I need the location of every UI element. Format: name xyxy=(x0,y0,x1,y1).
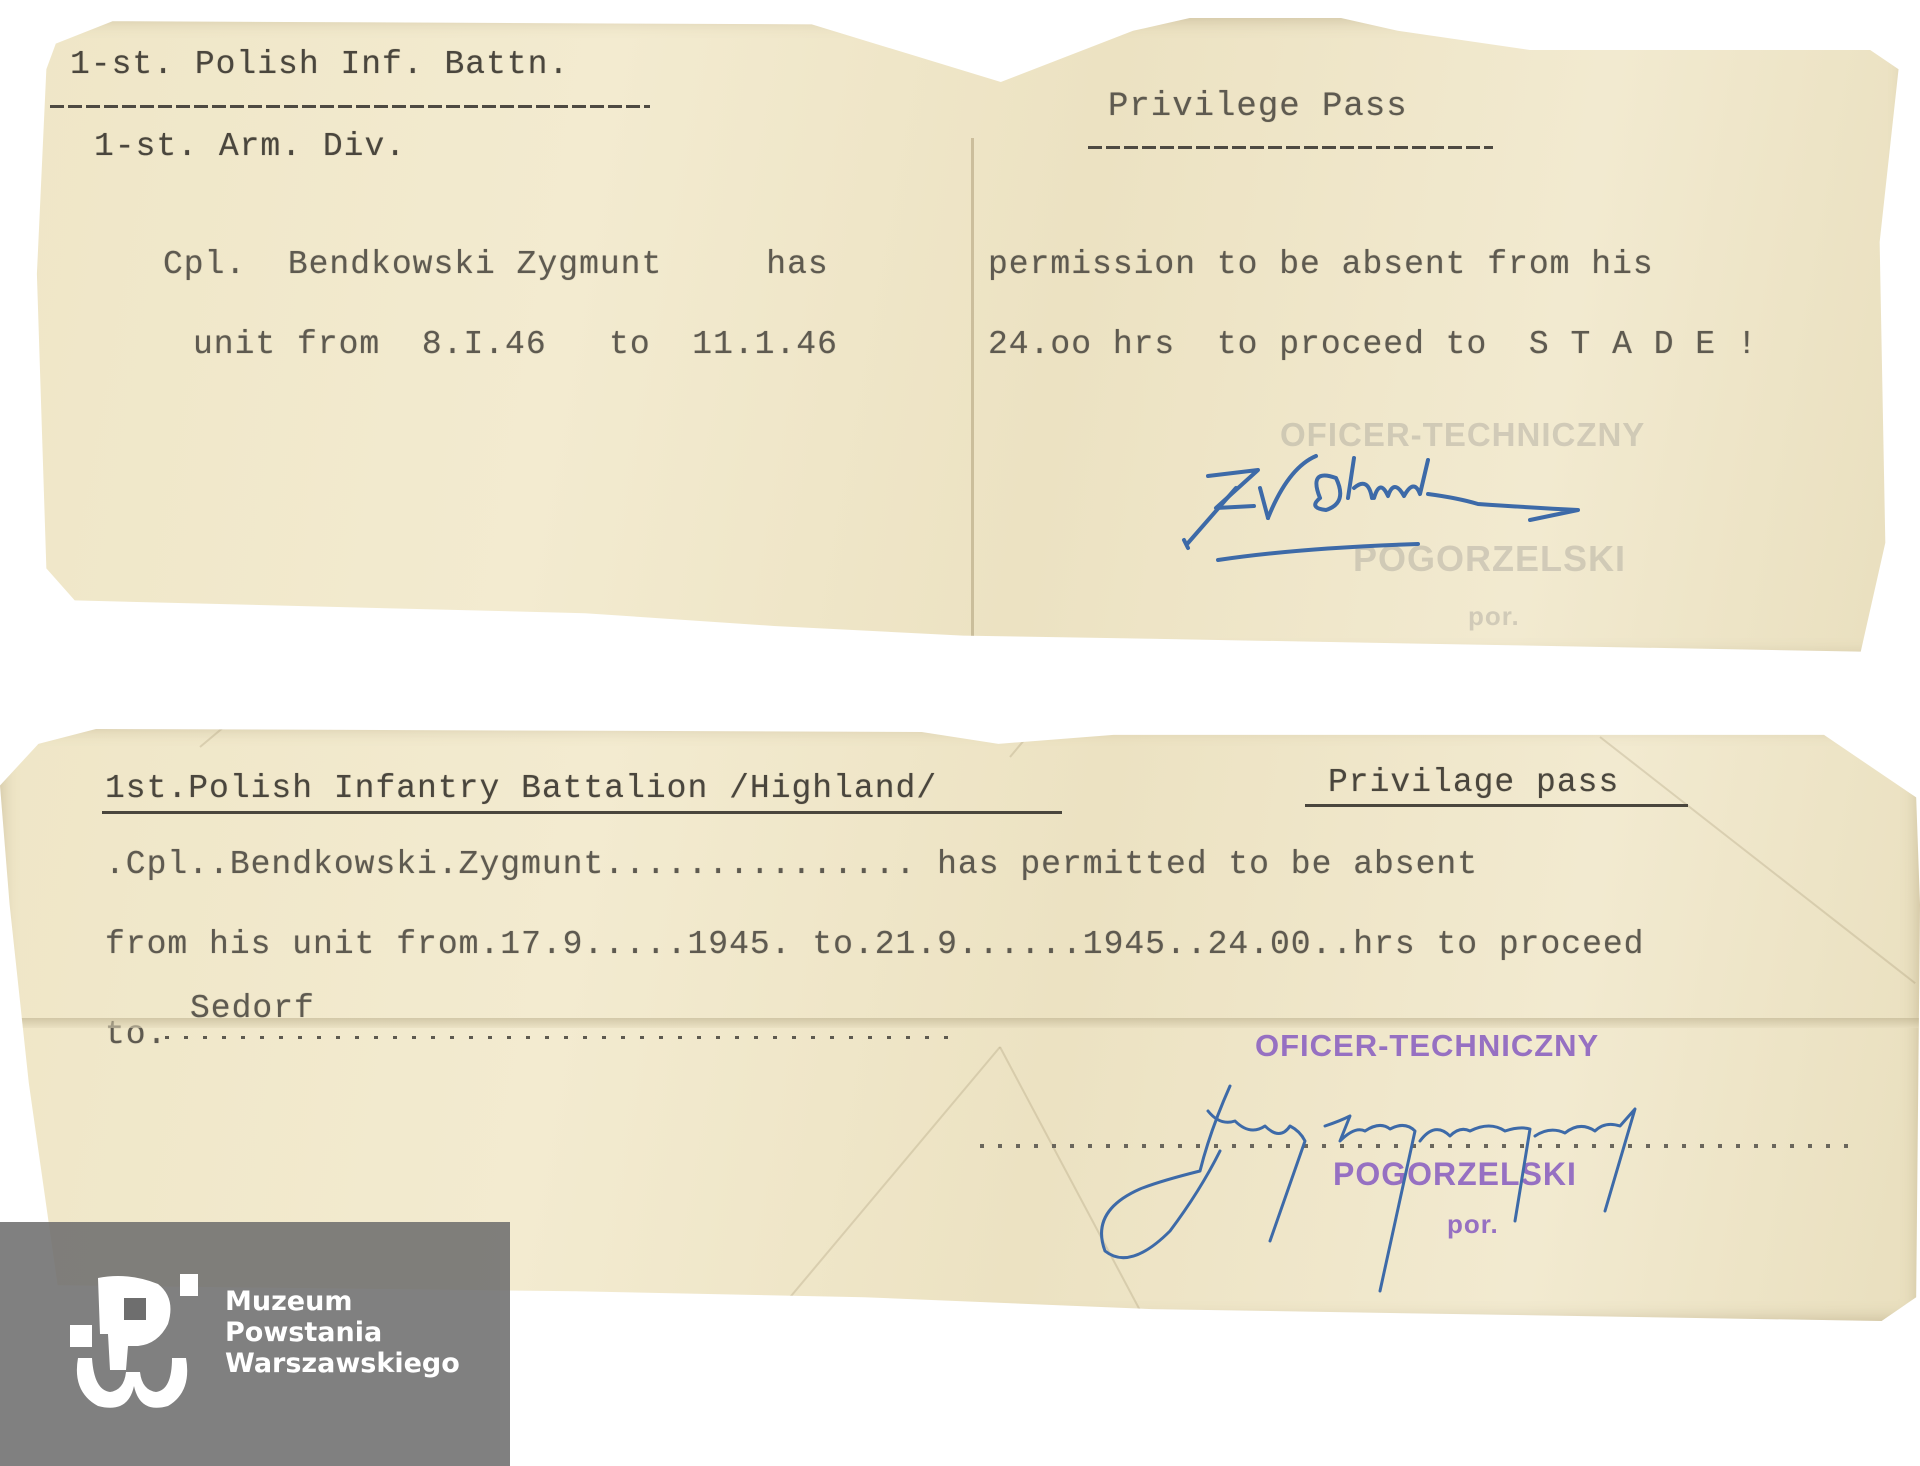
destination-dots xyxy=(165,1036,955,1039)
unit-name: 1-st. Polish Inf. Battn. xyxy=(70,46,569,83)
time: 24.00 xyxy=(1208,926,1312,963)
unit-separator xyxy=(50,105,650,108)
body-line2-right: 24.oo hrs to proceed to S T A D E ! xyxy=(988,326,1758,363)
privilege-pass-1946: 1-st. Polish Inf. Battn. 1-st. Arm. Div.… xyxy=(18,18,1908,658)
fold-line xyxy=(0,1018,1920,1028)
body-line1-right: permission to be absent from his xyxy=(988,246,1654,283)
signature-icon xyxy=(1158,448,1758,608)
kotwica-logo-icon xyxy=(68,1274,198,1410)
museum-watermark: Muzeum Powstania Warszawskiego xyxy=(0,1222,510,1466)
text: ......1945.. xyxy=(958,926,1208,963)
title-underline xyxy=(1305,804,1688,807)
museum-name-line3: Warszawskiego xyxy=(225,1348,460,1379)
text: ..hrs to proceed xyxy=(1312,926,1645,963)
crease xyxy=(1599,736,1915,984)
text: from his unit from. xyxy=(105,926,500,963)
museum-name: Muzeum Powstania Warszawskiego xyxy=(225,1286,460,1379)
museum-name-line2: Powstania xyxy=(225,1317,460,1348)
stamp-title: OFICER-TECHNICZNY xyxy=(1255,1028,1599,1064)
museum-name-line1: Muzeum xyxy=(225,1286,460,1317)
body-line1: .Cpl..Bendkowski.Zygmunt............... … xyxy=(105,846,1478,883)
to-date: 21.9 xyxy=(875,926,958,963)
from-date: 17.9 xyxy=(500,926,583,963)
body-line1-left: Cpl. Bendkowski Zygmunt has xyxy=(163,246,829,283)
pass-title: Privilage pass xyxy=(1328,764,1619,801)
pass-title: Privilege Pass xyxy=(1108,88,1408,126)
crease xyxy=(678,1046,1001,1430)
unit-underline xyxy=(102,811,1062,814)
division-name: 1-st. Arm. Div. xyxy=(94,128,406,165)
body-line2: from his unit from.17.9.....1945. to.21.… xyxy=(105,926,1644,963)
body-line2-left: unit from 8.I.46 to 11.1.46 xyxy=(193,326,838,363)
signature-icon xyxy=(1060,1071,1800,1301)
unit-name: 1st.Polish Infantry Battalion /Highland/ xyxy=(105,770,937,807)
title-underline xyxy=(1088,146,1493,149)
text: .....1945. to. xyxy=(583,926,874,963)
tear-line xyxy=(971,138,974,668)
